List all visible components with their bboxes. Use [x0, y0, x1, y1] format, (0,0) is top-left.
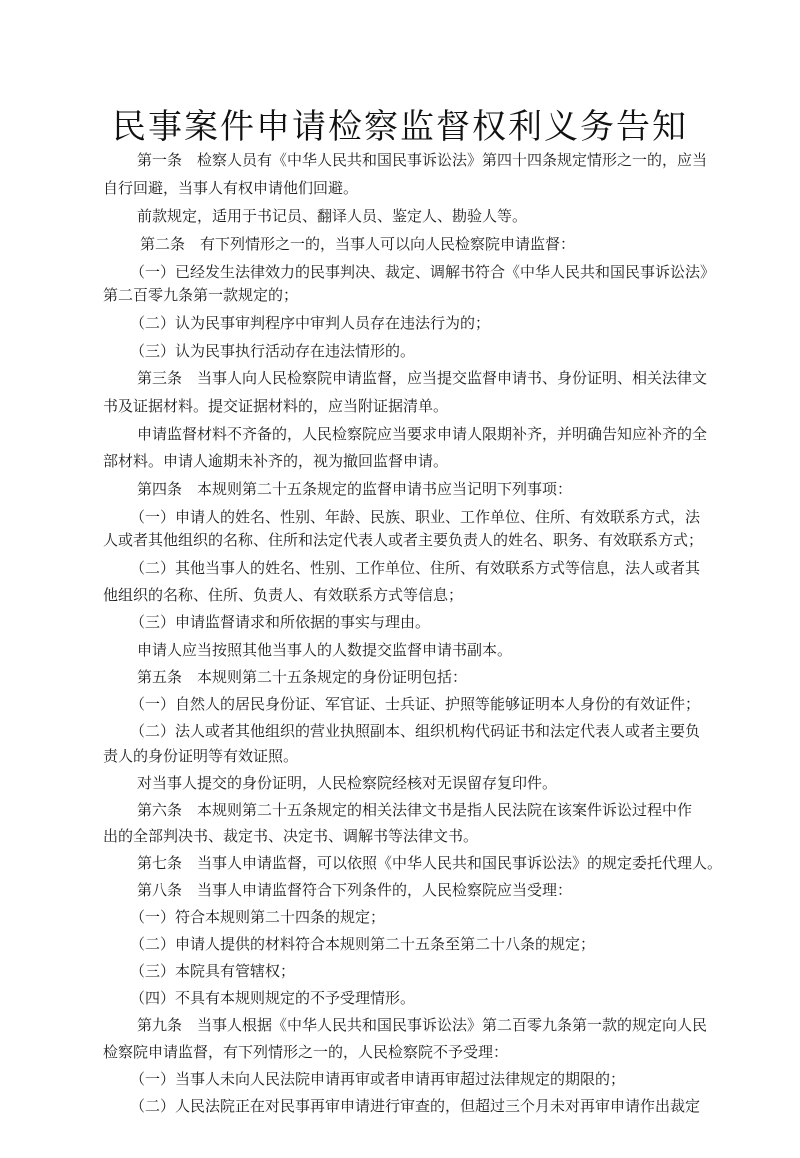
text-line: （三）申请监督请求和所依据的事实与理由。 — [130, 612, 430, 632]
text-line: 第二条 有下列情形之一的，当事人可以向人民检察院申请监督： — [140, 234, 575, 254]
text-line: 第六条 本规则第二十五条规定的相关法律文书是指人民法院在该案件诉讼过程中作 — [137, 800, 692, 820]
text-line: 第五条 本规则第二十五条规定的身份证明包括： — [137, 667, 467, 687]
text-line: 部材料。申请人逾期未补齐的，视为撤回监督申请。 — [103, 451, 448, 471]
text-line: 第三条 当事人向人民检察院申请监督，应当提交监督申请书、身份证明、相关法律文 — [137, 368, 707, 388]
text-line: 书及证据材料。提交证据材料的，应当附证据清单。 — [103, 396, 448, 416]
text-line: 他组织的名称、住所、负责人、有效联系方式等信息； — [103, 585, 463, 605]
text-line: （二）人民法院正在对民事再审申请进行审查的，但超过三个月未对再审申请作出裁定 — [130, 1096, 700, 1116]
text-line: 第一条 检察人员有《中华人民共和国民事诉讼法》第四十四条规定情形之一的，应当 — [137, 150, 707, 170]
text-line: 第九条 当事人根据《中华人民共和国民事诉讼法》第二百零九条第一款的规定向人民 — [137, 1015, 707, 1035]
text-line: 出的全部判决书、裁定书、决定书、调解书等法律文书。 — [103, 826, 478, 846]
text-line: （一）自然人的居民身份证、军官证、士兵证、护照等能够证明本人身份的有效证件； — [130, 694, 700, 714]
text-line: 第八条 当事人申请监督符合下列条件的，人民检察院应当受理： — [137, 880, 572, 900]
text-line: （二）认为民事审判程序中审判人员存在违法行为的； — [130, 313, 490, 333]
text-line: （一）当事人未向人民法院申请再审或者申请再审超过法律规定的期限的； — [130, 1069, 625, 1089]
text-line: 第二百零九条第一款规定的； — [103, 285, 298, 305]
text-line: （一）已经发生法律效力的民事判决、裁定、调解书符合《中华人民共和国民事诉讼法》 — [130, 262, 715, 282]
text-line: 第七条 当事人申请监督，可以依照《中华人民共和国民事诉讼法》的规定委托代理人。 — [137, 853, 722, 873]
document-title: 民事案件申请检察监督权利义务告知 — [0, 99, 800, 148]
text-line: （一）申请人的姓名、性别、年龄、民族、职业、工作单位、住所、有效联系方式，法 — [130, 507, 700, 527]
text-line: 检察院申请监督，有下列情形之一的，人民检察院不予受理： — [103, 1042, 508, 1062]
text-line: （三）本院具有管辖权； — [130, 961, 295, 981]
text-line: （二）申请人提供的材料符合本规则第二十五条至第二十八条的规定； — [130, 934, 595, 954]
text-line: 前款规定，适用于书记员、翻译人员、鉴定人、勘验人等。 — [137, 206, 527, 226]
text-line: 责人的身份证明等有效证照。 — [103, 746, 298, 766]
text-line: （二）法人或者其他组织的营业执照副本、组织机构代码证书和法定代表人或者主要负 — [130, 721, 700, 741]
text-line: 申请监督材料不齐备的，人民检察院应当要求申请人限期补齐，并明确告知应补齐的全 — [137, 424, 707, 444]
text-line: （三）认为民事执行活动存在违法情形的。 — [130, 341, 415, 361]
text-line: 对当事人提交的身份证明，人民检察院经核对无误留存复印件。 — [137, 773, 557, 793]
text-line: （一）符合本规则第二十四条的规定； — [130, 907, 385, 927]
text-line: 人或者其他组织的名称、住所和法定代表人或者主要负责人的姓名、职务、有效联系方式； — [103, 530, 703, 550]
text-line: 第四条 本规则第二十五条规定的监督申请书应当记明下列事项： — [137, 479, 572, 499]
text-line: 自行回避，当事人有权申请他们回避。 — [103, 178, 358, 198]
text-line: （二）其他当事人的姓名、性别、工作单位、住所、有效联系方式等信息，法人或者其 — [130, 558, 700, 578]
text-line: （四）不具有本规则规定的不予受理情形。 — [130, 988, 415, 1008]
text-line: 申请人应当按照其他当事人的人数提交监督申请书副本。 — [137, 640, 512, 660]
